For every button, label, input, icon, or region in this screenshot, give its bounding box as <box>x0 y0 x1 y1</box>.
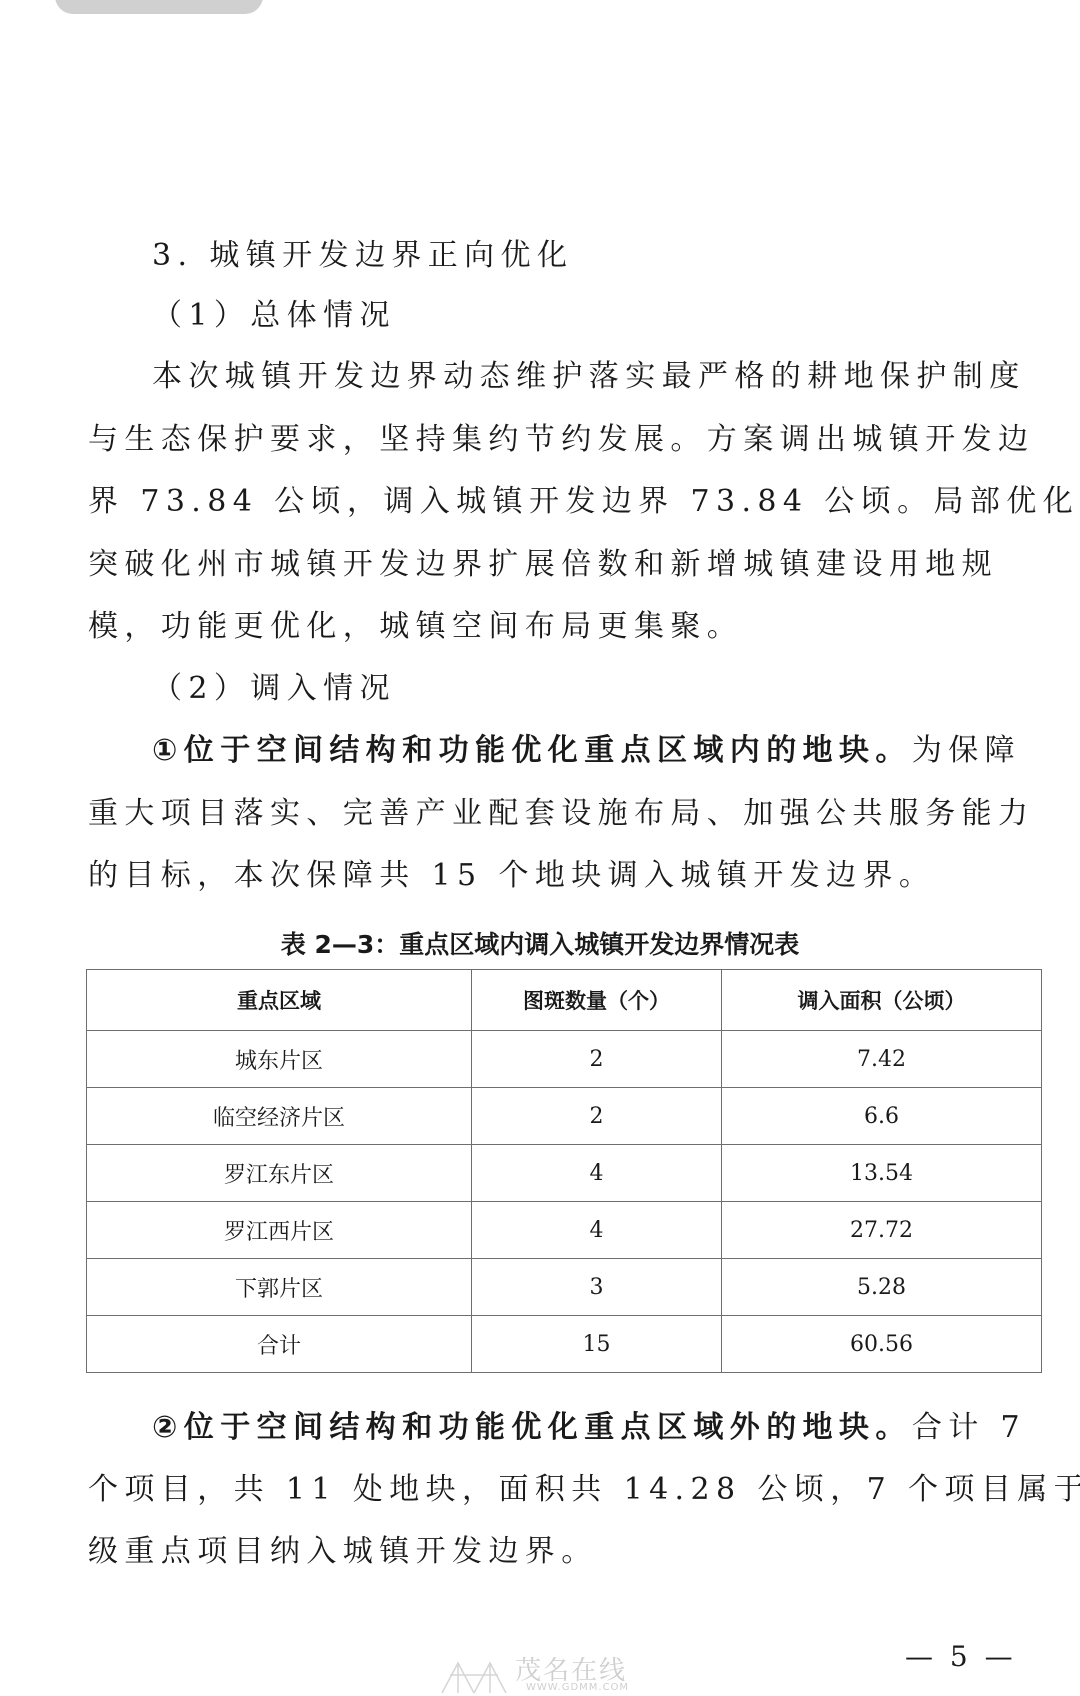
paragraph-line: 突破化州市城镇开发边界扩展倍数和新增城镇建设用地规 <box>88 545 1040 585</box>
cell-count: 4 <box>472 1145 722 1202</box>
paragraph-line: 界 73.84 公顷，调入城镇开发边界 73.84 公顷。局部优化后未 <box>88 482 1040 522</box>
table-row: 下郭片区 3 5.28 <box>87 1259 1042 1316</box>
subheading-overall: （1）总体情况 <box>152 296 1040 336</box>
header-cell: 图斑数量（个） <box>472 970 722 1031</box>
watermark-url: WWW.GDMM.COM <box>526 1682 629 1693</box>
paragraph-line: 与生态保护要求，坚持集约节约发展。方案调出城镇开发边 <box>88 420 1040 460</box>
item2-bold-title: ②位于空间结构和功能优化重点区域外的地块。 <box>152 1410 912 1445</box>
cell-count: 4 <box>472 1202 722 1259</box>
table-row: 罗江西片区 4 27.72 <box>87 1202 1042 1259</box>
table-row: 罗江东片区 4 13.54 <box>87 1145 1042 1202</box>
paragraph-line: 模，功能更优化，城镇空间布局更集聚。 <box>88 607 1040 647</box>
paragraph-line: 重大项目落实、完善产业配套设施布局、加强公共服务能力 <box>88 794 1040 834</box>
cell-region: 城东片区 <box>87 1031 472 1088</box>
cell-area: 6.6 <box>722 1088 1042 1145</box>
table-row: 临空经济片区 2 6.6 <box>87 1088 1042 1145</box>
cell-area: 13.54 <box>722 1145 1042 1202</box>
cell-count: 15 <box>472 1316 722 1373</box>
watermark-logo-icon <box>440 1655 510 1695</box>
item2-first-line: ②位于空间结构和功能优化重点区域外的地块。合计 7 <box>152 1408 1040 1448</box>
table-caption: 表 2—3：重点区域内调入城镇开发边界情况表 <box>0 928 1080 962</box>
cell-region: 临空经济片区 <box>87 1088 472 1145</box>
header-cell: 重点区域 <box>87 970 472 1031</box>
paragraph-line: 个项目，共 11 处地块，面积共 14.28 公顷，7 个项目属于县 <box>88 1470 1040 1510</box>
cell-region: 罗江西片区 <box>87 1202 472 1259</box>
paragraph-line: 本次城镇开发边界动态维护落实最严格的耕地保护制度 <box>152 357 1040 397</box>
table-header-row: 重点区域 图斑数量（个） 调入面积（公顷） <box>87 970 1042 1031</box>
table-total-row: 合计 15 60.56 <box>87 1316 1042 1373</box>
table-row: 城东片区 2 7.42 <box>87 1031 1042 1088</box>
header-cell: 调入面积（公顷） <box>722 970 1042 1031</box>
watermark: 茂名在线 WWW.GDMM.COM <box>440 1650 627 1695</box>
subheading-incoming: （2）调入情况 <box>152 669 1040 709</box>
page-number: — 5 — <box>905 1640 1017 1673</box>
cell-area: 5.28 <box>722 1259 1042 1316</box>
cell-area: 60.56 <box>722 1316 1042 1373</box>
cell-count: 2 <box>472 1088 722 1145</box>
cell-count: 3 <box>472 1259 722 1316</box>
paragraph-line: 的目标，本次保障共 15 个地块调入城镇开发边界。 <box>88 856 1040 896</box>
item1-first-line: ①位于空间结构和功能优化重点区域内的地块。为保障 <box>152 731 1040 771</box>
section-heading: 3. 城镇开发边界正向优化 <box>152 236 1040 276</box>
item2-rest: 合计 7 <box>912 1410 1026 1445</box>
item1-bold-title: ①位于空间结构和功能优化重点区域内的地块。 <box>152 733 912 768</box>
cell-region: 下郭片区 <box>87 1259 472 1316</box>
cell-region: 罗江东片区 <box>87 1145 472 1202</box>
cell-area: 27.72 <box>722 1202 1042 1259</box>
cell-count: 2 <box>472 1031 722 1088</box>
item1-rest: 为保障 <box>912 733 1021 768</box>
cell-area: 7.42 <box>722 1031 1042 1088</box>
paragraph-line: 级重点项目纳入城镇开发边界。 <box>88 1532 1040 1572</box>
top-tab-handle <box>55 0 263 14</box>
cell-region: 合计 <box>87 1316 472 1373</box>
data-table: 重点区域 图斑数量（个） 调入面积（公顷） 城东片区 2 7.42 临空经济片区… <box>86 969 1042 1373</box>
